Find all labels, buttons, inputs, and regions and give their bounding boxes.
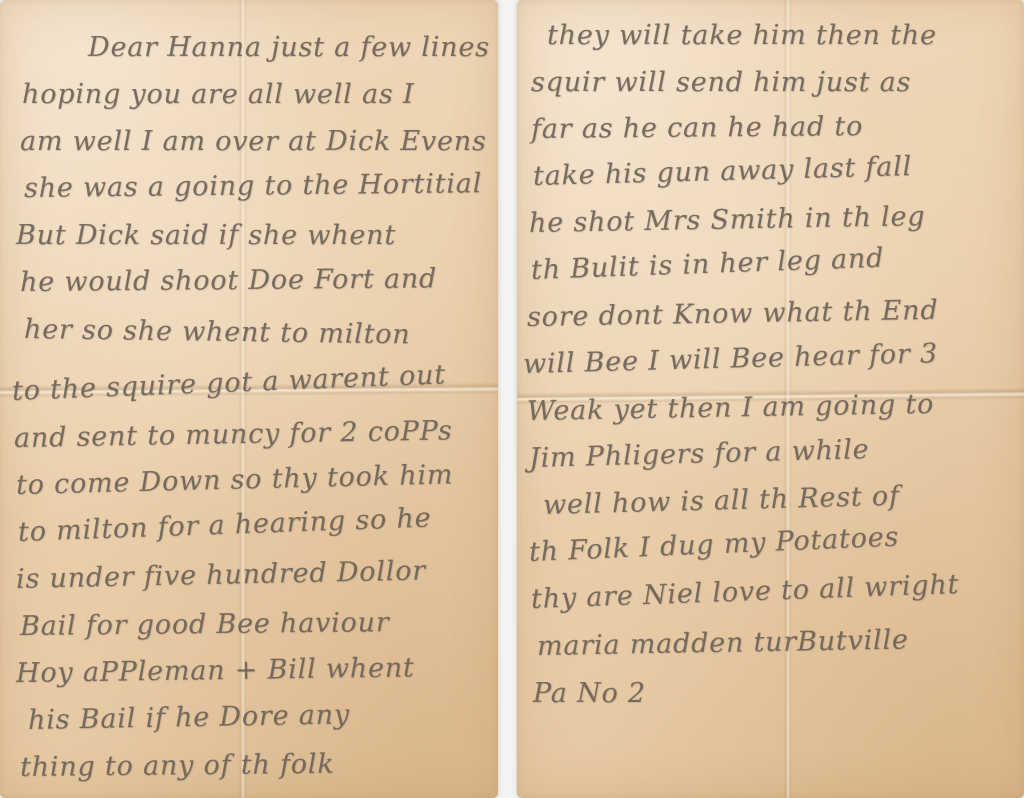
handwritten-line: am well I am over at Dick Evens [20, 118, 498, 165]
letter-scan: Dear Hanna just a few lines hoping you a… [0, 0, 1024, 798]
handwritten-line: hoping you are all well as I [22, 71, 498, 118]
handwritten-line: he would shoot Doe Fort and [20, 255, 498, 306]
handwritten-line: is under five hundred Dollor [16, 546, 499, 603]
handwritten-line: squir will send him just as [531, 59, 1024, 106]
handwritten-signature-line: maria madden turButville [537, 615, 1024, 670]
handwritten-line: But Dick said if she whent [16, 212, 498, 259]
handwritten-line: to the squire got a warent out [11, 349, 498, 415]
letter-page-2: they will take him then the squir will s… [517, 0, 1024, 798]
page-2-text: they will take him then the squir will s… [517, 0, 1024, 717]
handwritten-line: Dear Hanna just a few lines [88, 24, 498, 71]
page-1-text: Dear Hanna just a few lines hoping you a… [0, 0, 498, 791]
handwritten-line: Bail for good Bee haviour [20, 598, 498, 650]
handwritten-line: Pa No 2 [533, 670, 1024, 717]
handwritten-line: she was a going to the Hortitial [24, 160, 498, 212]
handwritten-line: they will take him then the [547, 12, 1024, 59]
letter-page-1: Dear Hanna just a few lines hoping you a… [0, 0, 498, 798]
handwritten-line: his Bail if he Dore any [28, 689, 499, 744]
handwritten-line: Hoy aPPleman + Bill whent [16, 643, 499, 697]
handwritten-line: thing to any of th folk [20, 739, 498, 791]
